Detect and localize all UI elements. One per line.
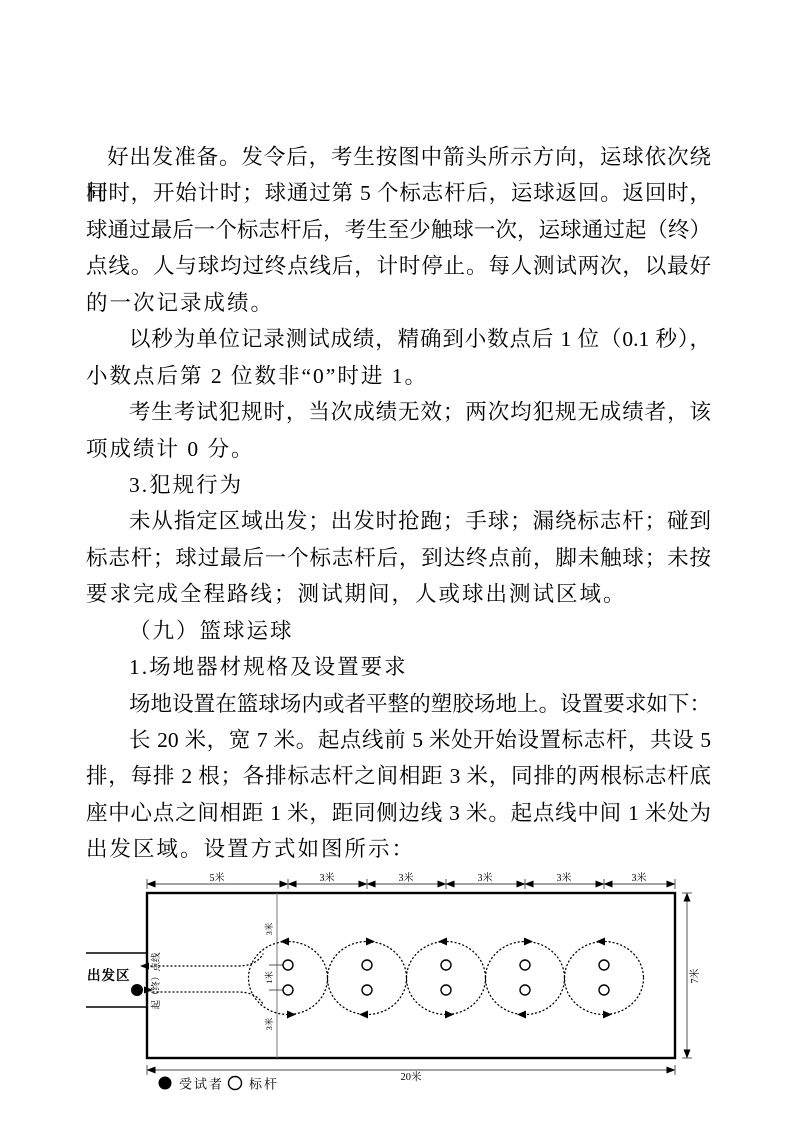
path-arrow — [603, 1011, 612, 1019]
dim-label: 3米 — [264, 922, 274, 935]
dim-label: 3米 — [399, 872, 414, 884]
path-arrow — [524, 938, 533, 946]
text-line: 以秒为单位记录测试成绩，精确到小数点后 1 位（0.1 秒）， — [86, 321, 711, 357]
text-line: 小数点后第 2 位数非“0”时进 1。 — [86, 358, 711, 394]
dim-label: 7米 — [688, 969, 701, 984]
path-arrow — [280, 938, 289, 946]
text-line: 考生考试犯规时，当次成绩无效；两次均犯规无成绩者，该 — [86, 394, 711, 430]
tester-dot — [131, 984, 143, 996]
text-line: 长 20 米，宽 7 米。起点线前 5 米处开始设置标志杆，共设 5 — [86, 722, 711, 758]
start-line-label: 起（终）点线 — [150, 952, 162, 1010]
start-area-label: 出发区 — [87, 967, 131, 983]
path-arrow — [596, 938, 605, 946]
text-line: 点线。人与球均过终点线后，计时停止。每人测试两次，以最好 — [86, 248, 711, 284]
legend-pole-label: 标杆 — [249, 1077, 279, 1092]
course-diagram: 5米 3米 3米 3米 3米 3米 出发区 起（终）点线 3米 — [80, 872, 720, 1100]
dim-label: 3米 — [557, 872, 572, 884]
pole — [441, 960, 451, 970]
legend-tester-icon — [159, 1077, 172, 1090]
outbound-path — [153, 992, 263, 1004]
pole-circle-1 — [249, 938, 328, 1019]
text-line: 要求完成全程路线；测试期间，人或球出测试区域。 — [86, 576, 711, 612]
text-line: 场地设置在篮球场内或者平整的塑胶场地上。设置要求如下： — [86, 686, 711, 722]
text-line: 出发区域。设置方式如图所示： — [86, 831, 711, 867]
pole — [520, 960, 530, 970]
text-line: 未从指定区域出发；出发时抢跑；手球；漏绕标志杆；碰到 — [86, 503, 711, 539]
legend-pole-icon — [229, 1077, 242, 1090]
pole — [441, 985, 451, 995]
section-heading: （九）篮球运球 — [86, 613, 711, 649]
pole — [599, 985, 609, 995]
text-line: 同时，开始计时；球通过第 5 个标志杆后，运球返回。返回时， — [86, 175, 711, 211]
path-arrow — [445, 1011, 454, 1019]
pole-circle-2 — [328, 938, 407, 1019]
text-line: 好出发准备。发令后，考生按图中箭头所示方向，运球依次绕杆， — [86, 139, 711, 175]
text-line: 排，每排 2 根；各排标志杆之间相距 3 米，同排的两根标志杆底 — [86, 758, 711, 794]
text-line: 的一次记录成绩。 — [86, 285, 711, 321]
text-line: 球通过最后一个标志杆后，考生至少触球一次，运球通过起（终） — [86, 212, 711, 248]
court-outline — [147, 893, 675, 1058]
section-heading: 3.犯规行为 — [86, 467, 711, 503]
pole — [362, 985, 372, 995]
start-area: 出发区 — [86, 953, 147, 1007]
section-heading: 1.场地器材规格及设置要求 — [86, 649, 711, 685]
dim-label: 3米 — [478, 872, 493, 884]
pole — [599, 960, 609, 970]
text-block: 好出发准备。发令后，考生按图中箭头所示方向，运球依次绕杆， 同时，开始计时；球通… — [86, 139, 711, 868]
dimension-right: 7米 — [682, 893, 701, 1058]
pole-circle-5 — [565, 938, 644, 1019]
legend: 受试者 标杆 — [159, 1077, 280, 1092]
path-arrow — [287, 1011, 296, 1019]
pole-circle-4 — [486, 938, 565, 1019]
pole — [283, 985, 293, 995]
row-dimensions: 3米 1米 3米 — [264, 922, 285, 1030]
legend-tester-label: 受试者 — [179, 1077, 224, 1092]
dimension-top: 5米 3米 3米 3米 3米 3米 — [147, 872, 675, 889]
text-line: 座中心点之间相距 1 米，距同侧边线 3 米。起点线中间 1 米处为 — [86, 795, 711, 831]
document-page: 好出发准备。发令后，考生按图中箭头所示方向，运球依次绕杆， 同时，开始计时；球通… — [0, 0, 794, 1123]
dim-label: 3米 — [264, 1017, 274, 1030]
dim-label: 3米 — [320, 872, 335, 884]
path-arrow — [366, 938, 375, 946]
path-arrow — [438, 938, 447, 946]
dim-label: 3米 — [632, 872, 647, 884]
pole-circle-3 — [407, 938, 486, 1019]
text-line: 标志杆；球过最后一个标志杆后，到达终点前，脚未触球；未按 — [86, 540, 711, 576]
dim-label: 5米 — [210, 872, 225, 884]
dim-label: 20米 — [401, 1070, 423, 1083]
text-line: 项成绩计 0 分。 — [86, 431, 711, 467]
pole — [520, 985, 530, 995]
pole — [283, 960, 293, 970]
path-arrow — [359, 1011, 368, 1019]
path-arrow — [517, 1011, 526, 1019]
dimension-bottom: 20米 — [147, 1065, 675, 1083]
pole — [362, 960, 372, 970]
dim-label: 1米 — [264, 971, 274, 984]
